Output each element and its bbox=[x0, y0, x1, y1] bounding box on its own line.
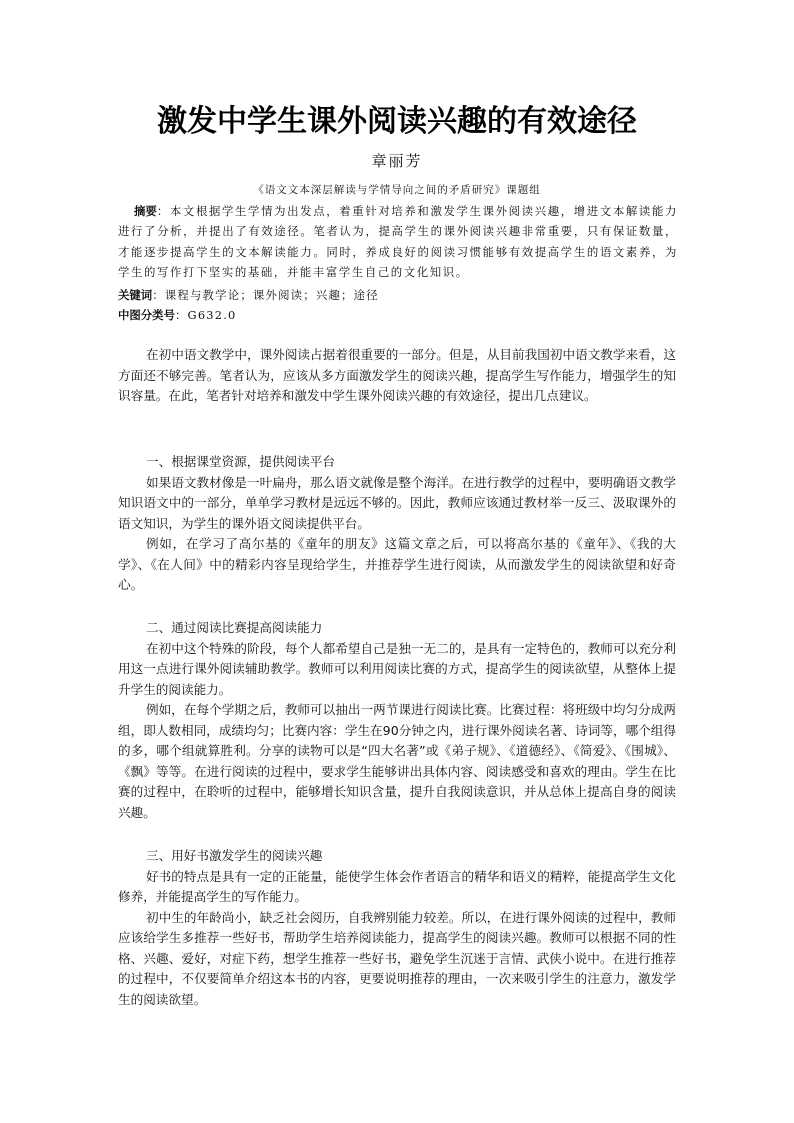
abstract-label: 摘要 bbox=[134, 204, 157, 218]
section-heading: 二、通过阅读比赛提高阅读能力 bbox=[118, 618, 676, 639]
classification-number: 中图分类号：G632.0 bbox=[118, 307, 236, 323]
paper-title: 激发中学生课外阅读兴趣的有效途径 bbox=[0, 96, 794, 140]
paragraph: 初中生的年龄尚小，缺乏社会阅历，自我辨别能力较差。所以，在进行课外阅读的过程中，… bbox=[118, 908, 676, 1011]
abstract: 摘要：本文根据学生学情为出发点，着重针对培养和激发学生课外阅读兴趣，增进文本解读… bbox=[118, 201, 678, 282]
author-name: 章丽芳 bbox=[0, 150, 794, 171]
paragraph: 好书的特点是具有一定的正能量，能使学生体会作者语言的精华和语义的精粹，能提高学生… bbox=[118, 867, 676, 908]
section-3: 三、用好书激发学生的阅读兴趣 好书的特点是具有一定的正能量，能使学生体会作者语言… bbox=[118, 846, 676, 1010]
paragraph: 例如，在每个学期之后，教师可以抽出一两节课进行阅读比赛。比赛过程：将班级中均匀分… bbox=[118, 700, 676, 823]
section-heading: 一、根据课堂资源，提供阅读平台 bbox=[118, 452, 676, 473]
section-1: 一、根据课堂资源，提供阅读平台 如果语文教材像是一叶扁舟，那么语文就像是整个海洋… bbox=[118, 452, 676, 596]
keywords-text: ：课程与教学论；课外阅读；兴趣；途径 bbox=[152, 288, 379, 302]
section-2: 二、通过阅读比赛提高阅读能力 在初中这个特殊的阶段，每个人都希望自己是独一无二的… bbox=[118, 618, 676, 823]
document-page: 激发中学生课外阅读兴趣的有效途径 章丽芳 《语文文本深层解读与学情导向之间的矛盾… bbox=[0, 0, 794, 1123]
keywords: 关键词：课程与教学论；课外阅读；兴趣；途径 bbox=[118, 287, 379, 303]
classification-text: ：G632.0 bbox=[175, 308, 237, 322]
abstract-text: ：本文根据学生学情为出发点，着重针对培养和激发学生课外阅读兴趣，增进文本解读能力… bbox=[118, 204, 678, 279]
section-heading: 三、用好书激发学生的阅读兴趣 bbox=[118, 846, 676, 867]
keywords-label: 关键词 bbox=[118, 288, 152, 302]
paragraph: 例如，在学习了高尔基的《童年的朋友》这篇文章之后，可以将高尔基的《童年》、《我的… bbox=[118, 534, 676, 596]
research-group: 《语文文本深层解读与学情导向之间的矛盾研究》课题组 bbox=[0, 182, 794, 197]
intro-paragraph: 在初中语文教学中，课外阅读占据着很重要的一部分。但是，从目前我国初中语文教学来看… bbox=[118, 345, 676, 407]
paragraph: 在初中这个特殊的阶段，每个人都希望自己是独一无二的，是具有一定特色的，教师可以充… bbox=[118, 639, 676, 701]
classification-label: 中图分类号 bbox=[118, 308, 175, 322]
introduction: 在初中语文教学中，课外阅读占据着很重要的一部分。但是，从目前我国初中语文教学来看… bbox=[118, 345, 676, 407]
paragraph: 如果语文教材像是一叶扁舟，那么语文就像是整个海洋。在进行教学的过程中，要明确语文… bbox=[118, 473, 676, 535]
